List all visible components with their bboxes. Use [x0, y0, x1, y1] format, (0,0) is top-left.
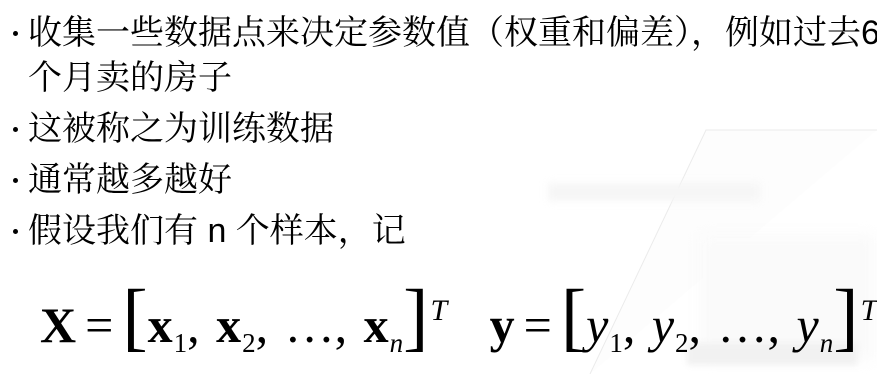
formula-term: yn — [797, 297, 834, 353]
bullet-dot — [13, 31, 18, 36]
open-bracket: [ — [561, 275, 586, 359]
close-bracket: ] — [403, 275, 428, 359]
formula-ellipsis: …, — [718, 297, 797, 353]
bullet-text: 假设我们有 n 个样本，记 — [28, 209, 877, 254]
bullet-item-n-samples: 假设我们有 n 个样本，记 — [0, 209, 877, 254]
equals-sign: = — [524, 297, 552, 353]
equals-sign: = — [85, 297, 113, 353]
formula-X-definition: X=[x1, x2, …, xn]T — [40, 297, 447, 353]
formula-term: x1, — [148, 297, 217, 353]
formula-term: xn — [364, 297, 404, 353]
bullet-item-training-data: 这被称之为训练数据 — [0, 107, 877, 152]
open-bracket: [ — [122, 275, 147, 359]
vector-X-symbol: X — [40, 297, 76, 353]
slide-canvas: 收集一些数据点来决定参数值（权重和偏差），例如过去6 个月卖的房子 这被称之为训… — [0, 0, 877, 374]
transpose-superscript: T — [430, 294, 447, 327]
close-bracket: ] — [833, 275, 858, 359]
bullet-dot — [13, 127, 18, 132]
bullet-item-collect-data: 收集一些数据点来决定参数值（权重和偏差），例如过去6 个月卖的房子 — [0, 11, 877, 101]
vector-y-symbol: y — [490, 297, 515, 353]
formula-term: y2, — [652, 297, 718, 353]
bullet-text: 收集一些数据点来决定参数值（权重和偏差），例如过去6 — [28, 11, 877, 56]
transpose-superscript: T — [861, 294, 877, 327]
formula-ellipsis: …, — [285, 297, 364, 353]
formula-area: X=[x1, x2, …, xn]T y=[y1, y2, …, yn]T — [40, 290, 877, 374]
bullet-list: 收集一些数据点来决定参数值（权重和偏差），例如过去6 个月卖的房子 这被称之为训… — [0, 0, 877, 374]
bullet-text: 通常越多越好 — [28, 158, 877, 203]
bullet-text: 这被称之为训练数据 — [28, 107, 877, 152]
bullet-dot — [13, 178, 18, 183]
bullet-dot — [13, 229, 18, 234]
formula-y-definition: y=[y1, y2, …, yn]T — [490, 297, 877, 353]
formula-term: y1, — [586, 297, 652, 353]
bullet-item-more-is-better: 通常越多越好 — [0, 158, 877, 203]
bullet-text: 个月卖的房子 — [28, 56, 877, 101]
formula-term: x2, — [216, 297, 285, 353]
